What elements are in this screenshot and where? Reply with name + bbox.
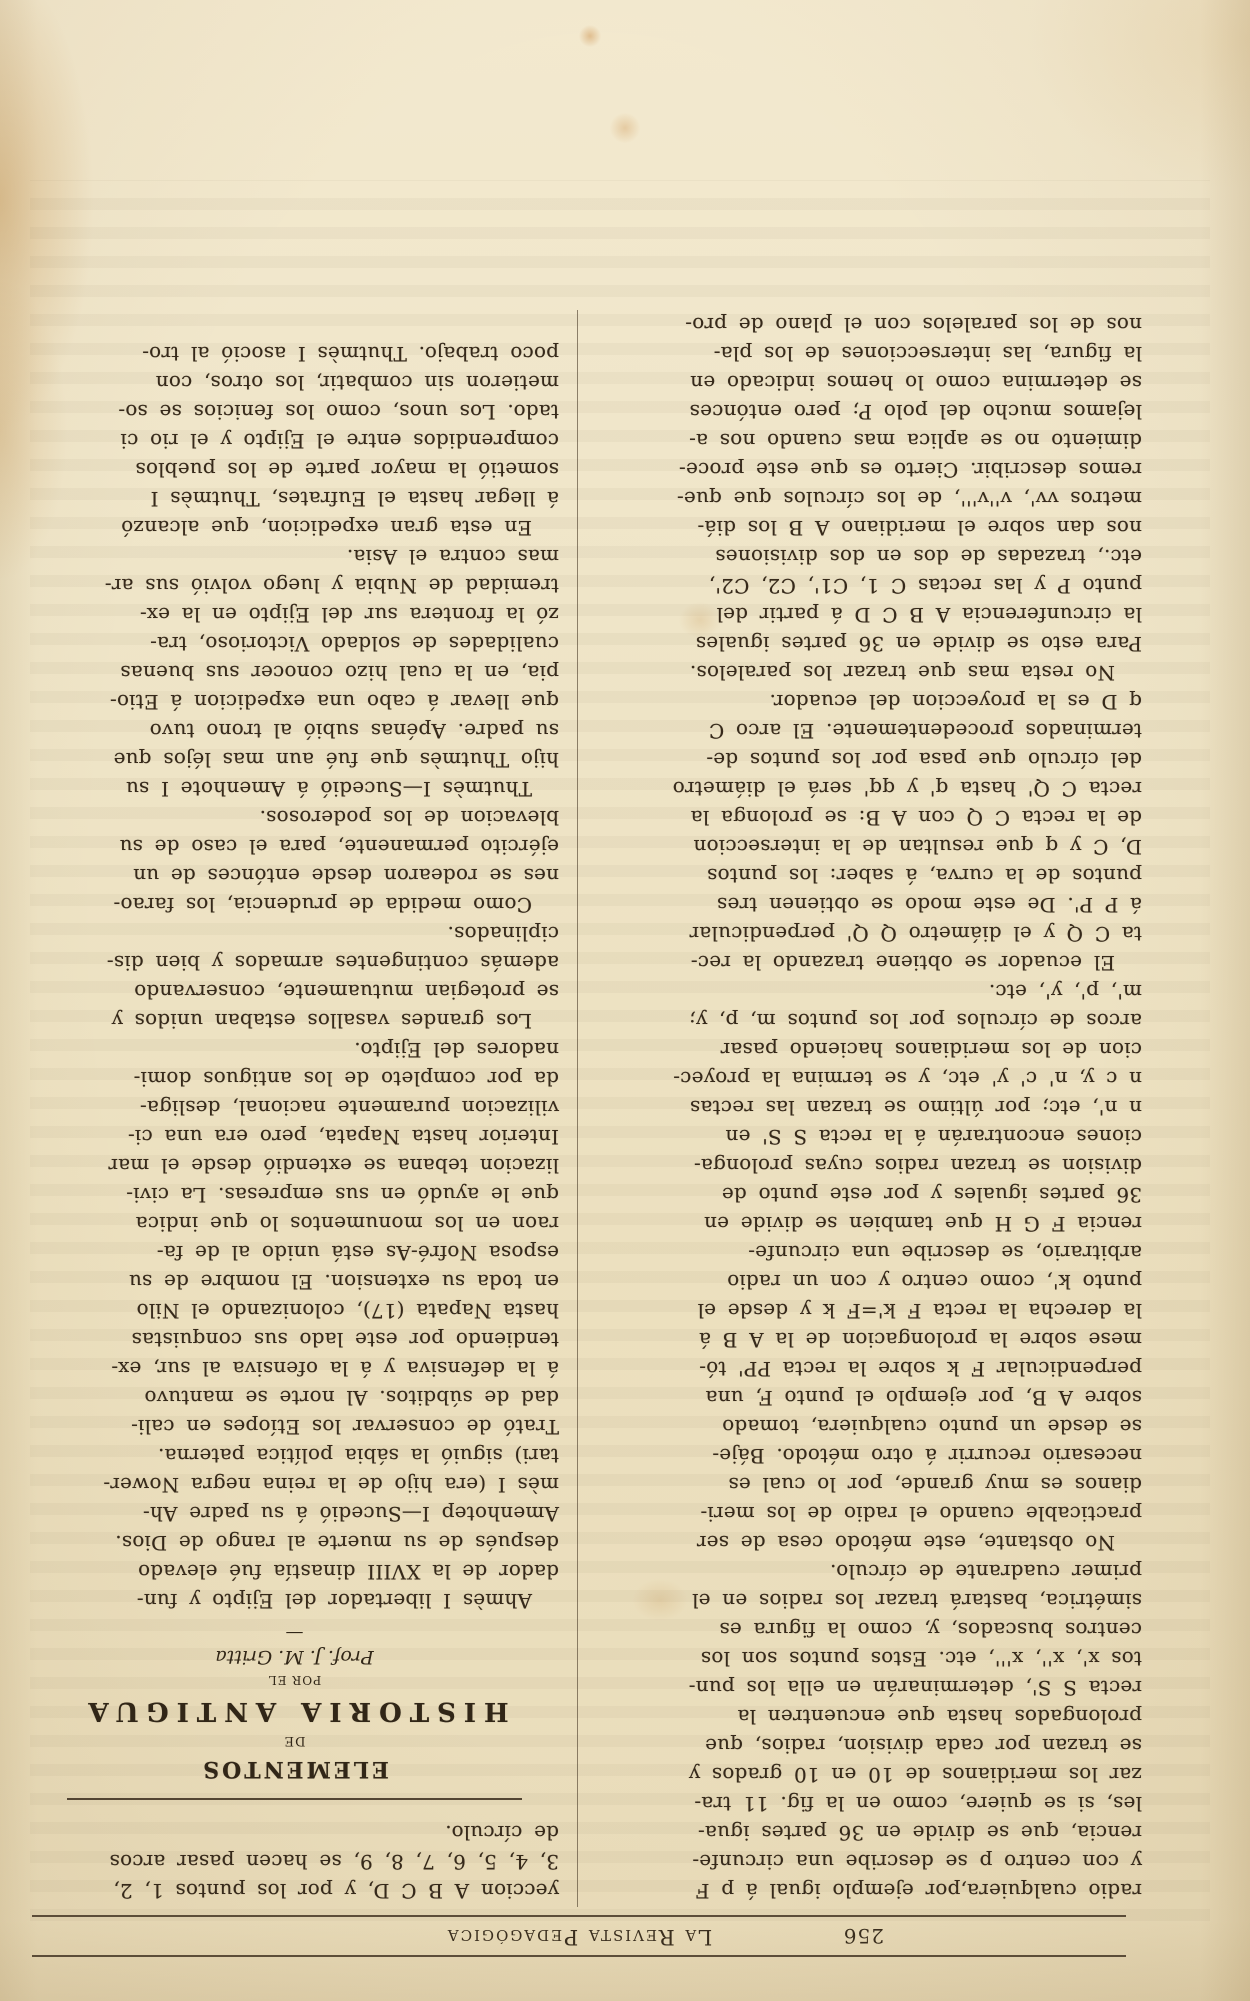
article-author: Prof. J. M. Gritta bbox=[30, 1646, 559, 1668]
page-content-rotated-180: 256 La Revista Pedagógica radio cualquie… bbox=[0, 0, 1250, 2001]
right-column: yeccion A B C D, y por los puntos 1, 2, … bbox=[30, 310, 578, 1907]
paragraph: Los grandes vasallos estaban unidos y se… bbox=[30, 919, 559, 1035]
article-kicker: ELEMENTOS bbox=[30, 1756, 559, 1782]
paragraph: No resta mas que trazar los paralelos. P… bbox=[594, 310, 1142, 687]
two-column-text-block: radio cualquiera,por ejemplo igual á p F… bbox=[30, 310, 1144, 1907]
article-byline-label: POR EL bbox=[30, 1673, 559, 1687]
paragraph: En esta gran expedicion, que alcanzó á l… bbox=[30, 339, 559, 542]
paragraph: Ahmès I libertador del Ejipto y fun- dad… bbox=[30, 1035, 559, 1615]
journal-title: La Revista Pedagógica bbox=[446, 1925, 712, 1949]
paragraph: El ecuador se obtiene trazando la rec- t… bbox=[594, 687, 1142, 977]
paragraph-continuation: yeccion A B C D, y por los puntos 1, 2, … bbox=[30, 1818, 559, 1905]
article-heading: ELEMENTOS DE HISTORIA ANTIGUA POR EL Pro… bbox=[30, 1623, 559, 1782]
paragraph: Thutmès I—Sucedió á Amenhote I su hijo T… bbox=[30, 542, 559, 803]
page-number: 256 bbox=[843, 1924, 884, 1948]
running-header: 256 La Revista Pedagógica bbox=[32, 1915, 1126, 1957]
article-heading-dash: — bbox=[30, 1623, 559, 1644]
paragraph: Como medida de prudencia, los farao- nes… bbox=[30, 803, 559, 919]
scanned-page: 256 La Revista Pedagógica radio cualquie… bbox=[0, 0, 1250, 2001]
left-column: radio cualquiera,por ejemplo igual á p F… bbox=[578, 310, 1144, 1907]
article-title: HISTORIA ANTIGUA bbox=[30, 1696, 559, 1726]
horizontal-rule bbox=[67, 1798, 522, 1800]
article-heading-de: DE bbox=[30, 1733, 559, 1748]
paragraph-continuation: radio cualquiera,por ejemplo igual á p F… bbox=[594, 1557, 1142, 1905]
paragraph: No obstante, este método cesa de ser pra… bbox=[594, 977, 1142, 1557]
